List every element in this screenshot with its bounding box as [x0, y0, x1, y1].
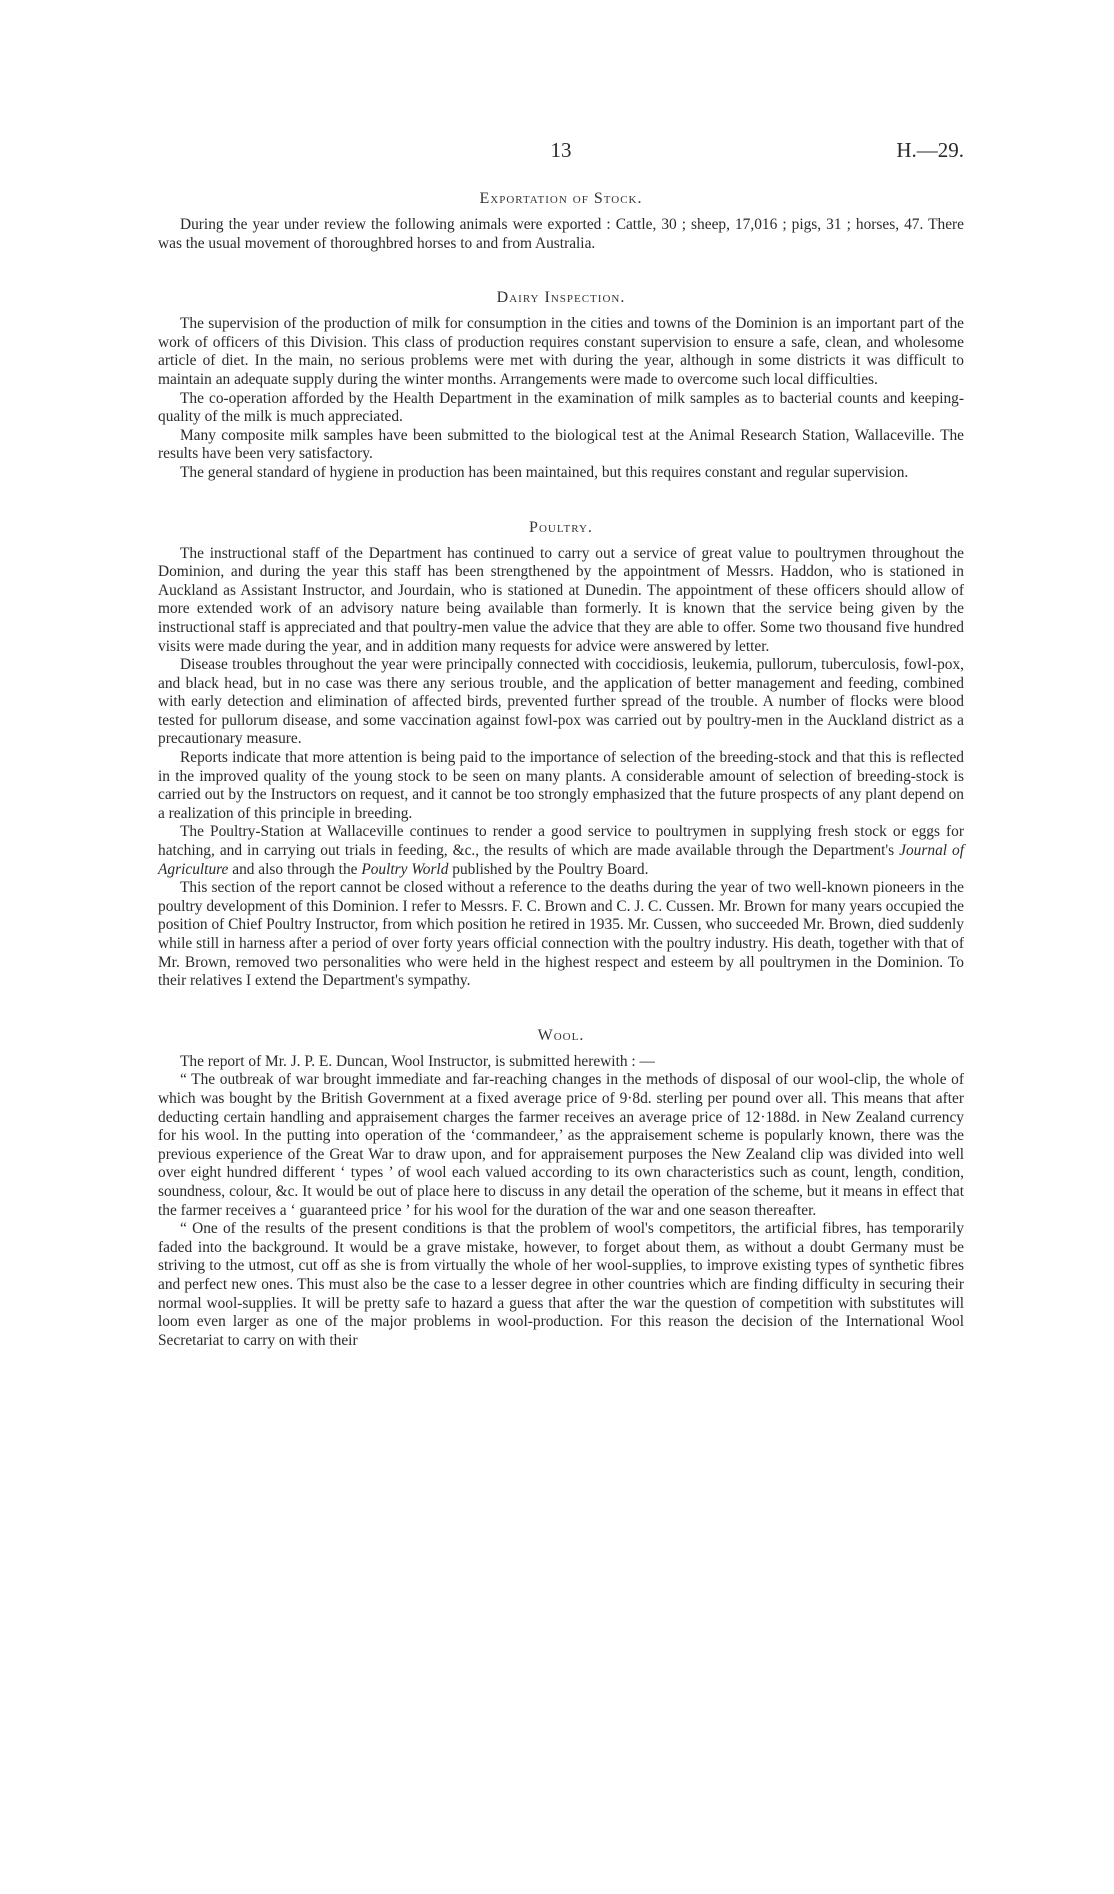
section-exportation-of-stock: Exportation of Stock. During the year un…	[158, 190, 964, 253]
section-heading: Exportation of Stock.	[158, 190, 964, 208]
paragraph: During the year under review the followi…	[158, 216, 964, 253]
section-poultry: Poultry. The instructional staff of the …	[158, 519, 964, 991]
paragraph: The supervision of the production of mil…	[158, 315, 964, 389]
text: published by the Poultry Board.	[448, 861, 648, 878]
section-dairy-inspection: Dairy Inspection. The supervision of the…	[158, 289, 964, 482]
paragraph: The instructional staff of the Departmen…	[158, 545, 964, 657]
text: and also through the	[228, 861, 361, 878]
paragraph: Reports indicate that more attention is …	[158, 749, 964, 823]
page-header: 13 H.—29.	[158, 128, 964, 168]
paragraph: The report of Mr. J. P. E. Duncan, Wool …	[158, 1053, 964, 1072]
document-page: 13 H.—29. Exportation of Stock. During t…	[158, 128, 964, 1350]
section-heading: Dairy Inspection.	[158, 289, 964, 307]
paragraph-poultry-station: The Poultry-Station at Wallaceville cont…	[158, 823, 964, 879]
paragraph: This section of the report cannot be clo…	[158, 879, 964, 991]
publication-title: Poultry World	[361, 861, 448, 878]
section-heading: Wool.	[158, 1027, 964, 1045]
paragraph: Many composite milk samples have been su…	[158, 427, 964, 464]
paragraph: The co-operation afforded by the Health …	[158, 390, 964, 427]
paragraph: “ The outbreak of war brought immediate …	[158, 1071, 964, 1220]
section-heading: Poultry.	[158, 519, 964, 537]
paragraph: Disease troubles throughout the year wer…	[158, 656, 964, 749]
paragraph: The general standard of hygiene in produ…	[158, 464, 964, 483]
section-wool: Wool. The report of Mr. J. P. E. Duncan,…	[158, 1027, 964, 1351]
page-number: 13	[158, 138, 964, 163]
paragraph: “ One of the results of the present cond…	[158, 1220, 964, 1350]
document-reference: H.—29.	[896, 138, 964, 163]
text: The Poultry-Station at Wallaceville cont…	[158, 823, 964, 859]
